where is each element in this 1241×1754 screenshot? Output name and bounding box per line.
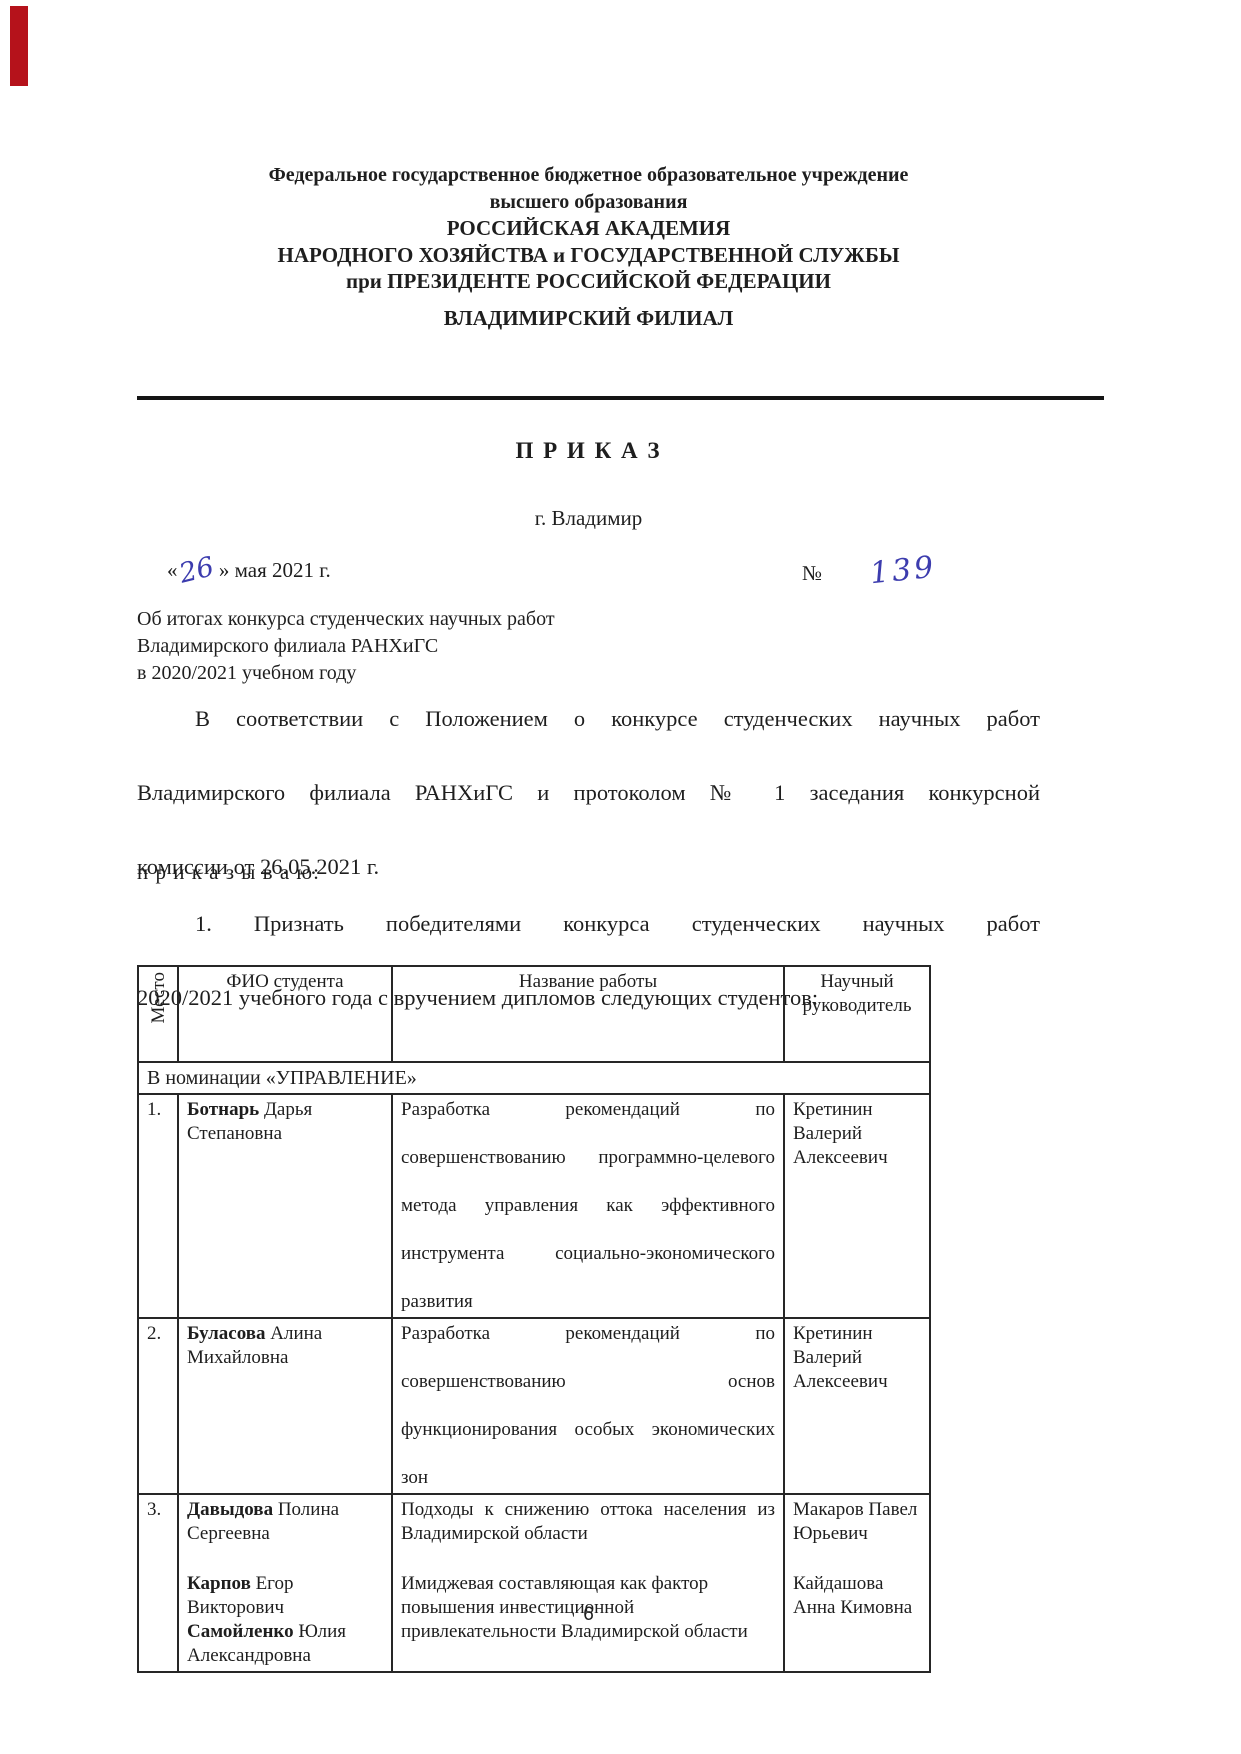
subject-line: в 2020/2021 учебном году (137, 660, 555, 687)
student-name: Самойленко Юлия Александровна (187, 1620, 383, 1668)
scan-artifact-red-mark (10, 6, 28, 86)
place-cell: 1. (138, 1094, 178, 1318)
table-header-row: Место ФИО студента Название работы Научн… (138, 966, 930, 1062)
handwritten-day: 26 (176, 551, 217, 589)
org-header-line: при ПРЕЗИДЕНТЕ РОССИЙСКОЙ ФЕДЕРАЦИИ (137, 268, 1040, 295)
header-place-label: Место (147, 972, 171, 1024)
org-header-line: НАРОДНОГО ХОЗЯЙСТВА и ГОСУДАРСТВЕННОЙ СЛ… (137, 242, 1040, 269)
org-header-line: Федеральное государственное бюджетное об… (137, 162, 1040, 189)
nomination-section-title: В номинации «УПРАВЛЕНИЕ» (138, 1062, 930, 1094)
table-row: 2. Буласова Алина Михайловна Разработка … (138, 1318, 930, 1494)
supervisor-name: Макаров Павел Юрьевич (793, 1498, 921, 1546)
subject-line: Об итогах конкурса студенческих научных … (137, 606, 555, 633)
section-row: В номинации «УПРАВЛЕНИЕ» (138, 1062, 930, 1094)
number-sign: № (802, 561, 822, 585)
table-row: 3. Давыдова Полина Сергеевна Карпов Егор… (138, 1494, 930, 1672)
subject-line: Владимирского филиала РАНХиГС (137, 633, 555, 660)
student-name: Ботнарь Дарья Степановна (187, 1098, 383, 1146)
header-supervisor: Научный руководитель (784, 966, 930, 1062)
command-word: п р и к а з ы в а ю: (137, 860, 320, 885)
subject-block: Об итогах конкурса студенческих научных … (137, 606, 555, 687)
work-cell: Разработка рекомендаций по совершенствов… (392, 1094, 784, 1318)
work-title: Подходы к снижению оттока населения из В… (401, 1498, 775, 1546)
city-line: г. Владимир (137, 506, 1040, 531)
handwritten-number: 139 (868, 550, 938, 592)
student-cell: Давыдова Полина Сергеевна Карпов Егор Ви… (178, 1494, 392, 1672)
supervisor-cell: Кретинин Валерий Алексеевич (784, 1094, 930, 1318)
branch-name: ВЛАДИМИРСКИЙ ФИЛИАЛ (137, 306, 1040, 331)
body-line: Владимирского филиала РАНХиГС и протокол… (137, 774, 1040, 848)
work-cell: Разработка рекомендаций по совершенствов… (392, 1318, 784, 1494)
place-cell: 3. (138, 1494, 178, 1672)
body-paragraph: В соответствии с Положением о конкурсе с… (137, 700, 1040, 885)
student-name: Давыдова Полина Сергеевна (187, 1498, 383, 1546)
org-header-line: РОССИЙСКАЯ АКАДЕМИЯ (137, 215, 1040, 242)
page-number: 6 (137, 1604, 1040, 1626)
work-cell: Подходы к снижению оттока населения из В… (392, 1494, 784, 1672)
student-cell: Буласова Алина Михайловна (178, 1318, 392, 1494)
org-header-line: высшего образования (137, 189, 1040, 216)
body-line: В соответствии с Положением о конкурсе с… (137, 700, 1040, 774)
work-title: Разработка рекомендаций по совершенствов… (401, 1098, 775, 1314)
order-number: №139 (802, 553, 936, 588)
student-name: Буласова Алина Михайловна (187, 1322, 383, 1370)
divider-rule (137, 396, 1104, 400)
organization-header: Федеральное государственное бюджетное об… (137, 162, 1040, 295)
header-place: Место (138, 966, 178, 1062)
header-student: ФИО студента (178, 966, 392, 1062)
place-cell: 2. (138, 1318, 178, 1494)
supervisor-cell: Макаров Павел Юрьевич Кайдашова Анна Ким… (784, 1494, 930, 1672)
supervisor-name: Кретинин Валерий Алексеевич (793, 1098, 921, 1170)
document-page: Федеральное государственное бюджетное об… (0, 0, 1241, 1754)
date-tail: » мая 2021 г. (219, 558, 331, 582)
date-line: «26» мая 2021 г. (167, 553, 331, 584)
supervisor-cell: Кретинин Валерий Алексеевич (784, 1318, 930, 1494)
document-title: П Р И К А З (137, 438, 1040, 464)
header-work: Название работы (392, 966, 784, 1062)
date-number-row: «26» мая 2021 г. №139 (137, 545, 1040, 591)
table-row: 1. Ботнарь Дарья Степановна Разработка р… (138, 1094, 930, 1318)
results-table: Место ФИО студента Название работы Научн… (137, 965, 931, 1673)
student-cell: Ботнарь Дарья Степановна (178, 1094, 392, 1318)
supervisor-name: Кретинин Валерий Алексеевич (793, 1322, 921, 1394)
work-title: Разработка рекомендаций по совершенствов… (401, 1322, 775, 1490)
